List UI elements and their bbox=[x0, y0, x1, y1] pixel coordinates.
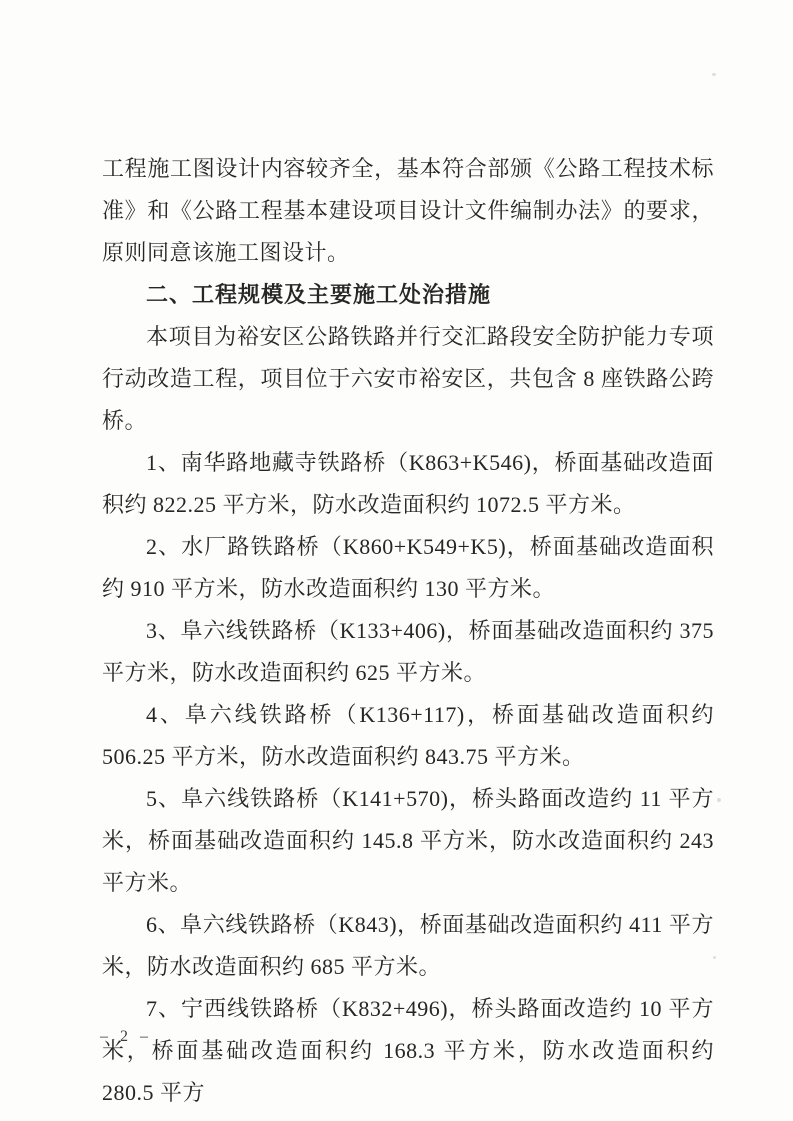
scan-artifact bbox=[713, 956, 716, 959]
scan-artifact bbox=[712, 73, 716, 76]
continuation-paragraph: 工程施工图设计内容较齐全，基本符合部颁《公路工程技术标准》和《公路工程基本建设项… bbox=[102, 148, 714, 274]
scan-artifact bbox=[717, 798, 721, 802]
bridge-item-6: 6、阜六线铁路桥（K843)，桥面基础改造面积约 411 平方米，防水改造面积约… bbox=[102, 904, 714, 988]
document-body: 工程施工图设计内容较齐全，基本符合部颁《公路工程技术标准》和《公路工程基本建设项… bbox=[102, 148, 714, 1114]
intro-paragraph: 本项目为裕安区公路铁路并行交汇路段安全防护能力专项行动改造工程，项目位于六安市裕… bbox=[102, 316, 714, 442]
bridge-item-3: 3、阜六线铁路桥（K133+406)，桥面基础改造面积约 375 平方米，防水改… bbox=[102, 610, 714, 694]
bridge-item-4: 4、阜六线铁路桥（K136+117)，桥面基础改造面积约 506.25 平方米，… bbox=[102, 694, 714, 778]
scanned-document-page: 工程施工图设计内容较齐全，基本符合部颁《公路工程技术标准》和《公路工程基本建设项… bbox=[0, 0, 793, 1121]
bridge-item-1: 1、南华路地藏寺铁路桥（K863+K546)，桥面基础改造面积约 822.25 … bbox=[102, 442, 714, 526]
page-number: – 2 – bbox=[100, 1028, 152, 1046]
section-heading: 二、工程规模及主要施工处治措施 bbox=[102, 274, 714, 316]
bridge-item-5: 5、阜六线铁路桥（K141+570)，桥头路面改造约 11 平方米，桥面基础改造… bbox=[102, 778, 714, 904]
bridge-item-7: 7、宁西线铁路桥（K832+496)，桥头路面改造约 10 平方米，桥面基础改造… bbox=[102, 988, 714, 1114]
bridge-item-2: 2、水厂路铁路桥（K860+K549+K5)，桥面基础改造面积约 910 平方米… bbox=[102, 526, 714, 610]
